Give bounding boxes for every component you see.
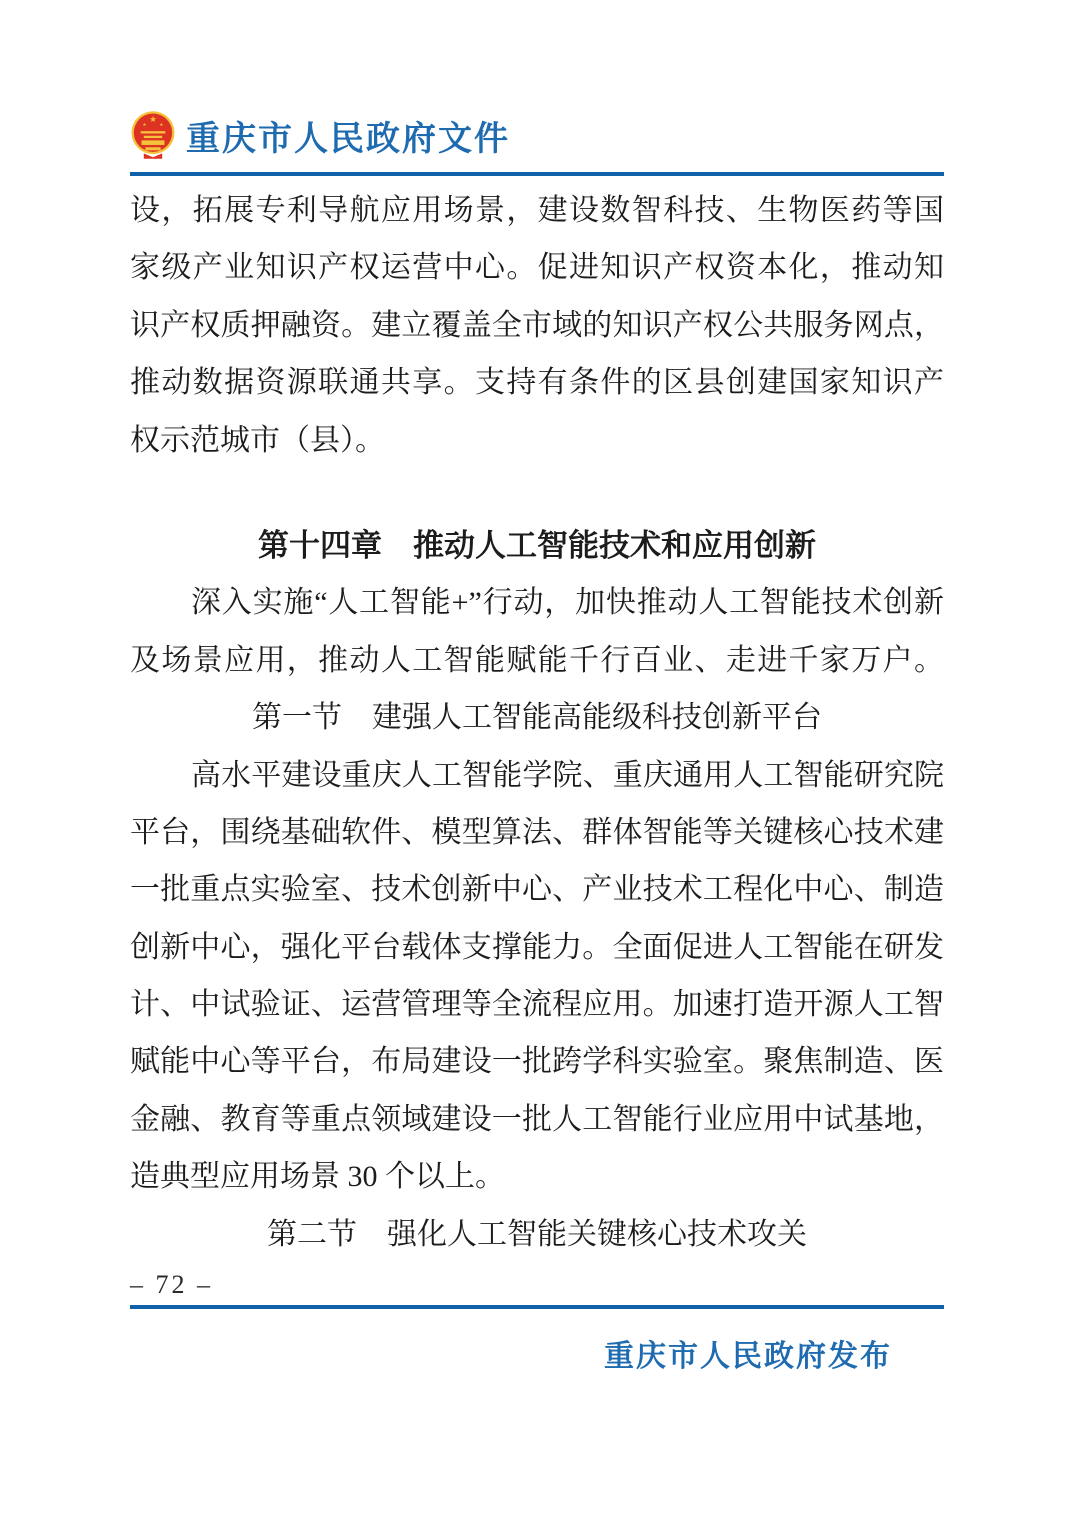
body-line: 设，拓展专利导航应用场景，建设数智科技、生物医药等国 (130, 182, 944, 239)
body-line: 识产权质押融资。建立覆盖全市域的知识产权公共服务网点， (130, 297, 944, 354)
svg-text:★: ★ (149, 114, 157, 124)
document-header: ★ ★ ★ 重庆市人民政府文件 (130, 110, 944, 160)
body-line: 权示范城市（县）。 (130, 412, 944, 469)
body-line: 推动数据资源联通共享。支持有条件的区县创建国家知识产 (130, 354, 944, 411)
document-page: ★ ★ ★ 重庆市人民政府文件 设，拓展专利导航应用场景，建设数智科技、生物医药… (0, 0, 1074, 1520)
body-line: 一批重点实验室、技术创新中心、产业技术工程化中心、制造业 (130, 861, 944, 918)
publisher-label: 重庆市人民政府发布 (130, 1331, 944, 1375)
chapter-heading: 第十四章 推动人工智能技术和应用创新 (130, 517, 944, 574)
footer-divider-rule (130, 1305, 944, 1309)
body-line: 造典型应用场景 30 个以上。 (130, 1148, 944, 1205)
header-divider-rule (130, 172, 944, 176)
body-line: 创新中心，强化平台载体支撑能力。全面促进人工智能在研发设 (130, 919, 944, 976)
body-line: 计、中试验证、运营管理等全流程应用。加速打造开源人工智能 (130, 976, 944, 1033)
body-line: 深入实施“人工智能+”行动，加快推动人工智能技术创新 (130, 574, 944, 631)
page-number: – 72 – (130, 1267, 944, 1303)
document-header-title: 重庆市人民政府文件 (186, 111, 510, 160)
body-line: 赋能中心等平台，布局建设一批跨学科实验室。聚焦制造、医疗、 (130, 1033, 944, 1090)
section-1-heading: 第一节 建强人工智能高能级科技创新平台 (130, 689, 944, 746)
section-2-heading: 第二节 强化人工智能关键核心技术攻关 (130, 1206, 944, 1263)
body-line: 金融、教育等重点领域建设一批人工智能行业应用中试基地，打 (130, 1091, 944, 1148)
body-line: 家级产业知识产权运营中心。促进知识产权资本化，推动知 (130, 239, 944, 296)
body-line: 及场景应用，推动人工智能赋能千行百业、走进千家万户。 (130, 632, 944, 689)
body-line: 平台，围绕基础软件、模型算法、群体智能等关键核心技术建设 (130, 804, 944, 861)
body-line: 高水平建设重庆人工智能学院、重庆通用人工智能研究院等 (130, 747, 944, 804)
national-emblem-icon: ★ ★ ★ (130, 110, 176, 160)
document-body: 设，拓展专利导航应用场景，建设数智科技、生物医药等国 家级产业知识产权运营中心。… (130, 182, 944, 1263)
